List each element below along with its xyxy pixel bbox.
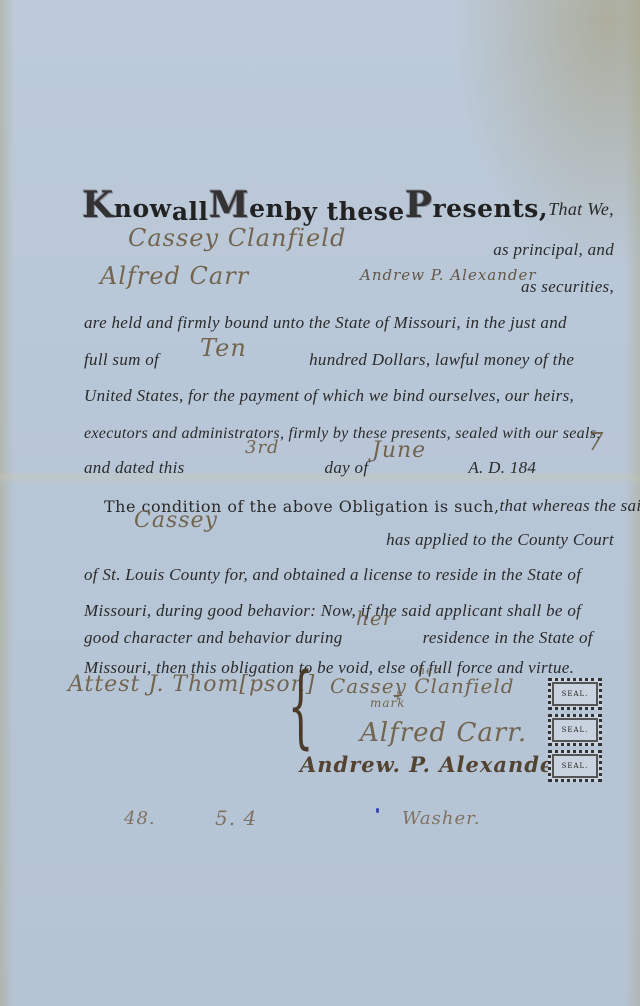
heading-line: Know all Men by these Presents, That We, — [82, 180, 614, 226]
line-bound: are held and firmly bound unto the State… — [84, 303, 614, 333]
line-missouri-behavior: Missouri, during good behavior: Now, if … — [84, 591, 614, 621]
heading-that-we: That We, — [548, 199, 614, 226]
line-st-louis: of St. Louis County for, and obtained a … — [84, 555, 614, 585]
line-united-states: United States, for the payment of which … — [84, 376, 614, 406]
notation-48: 48. — [124, 808, 156, 829]
line-securities: as securities, — [84, 267, 614, 297]
heading-presents: Presents, — [405, 184, 548, 226]
line-principal: as principal, and — [84, 230, 614, 260]
line-sum: full sum of hundred Dollars, lawful mone… — [84, 340, 614, 370]
notation-washer: Washer. — [402, 808, 481, 829]
heading-know: Know — [82, 184, 172, 226]
line-executors: executors and administrators, firmly by … — [84, 413, 614, 443]
heading-men: Men — [209, 184, 284, 226]
signature-alfred-carr: Alfred Carr. — [360, 718, 527, 748]
signature-andrew-alexander: Andrew. P. Alexander — [300, 752, 566, 777]
heading-all: all — [172, 197, 209, 226]
mark-label-mark: mark — [370, 696, 406, 710]
ink-dot — [376, 808, 379, 813]
line-applied: has applied to the County Court — [84, 520, 614, 550]
seal-2: SEAL. — [548, 714, 602, 746]
seal-3: SEAL. — [548, 750, 602, 782]
signature-principal: Cassey Clanfield — [330, 674, 515, 698]
line-dated: and dated this day of A. D. 184 — [84, 448, 614, 478]
line-good-character: good character and behavior during resid… — [84, 618, 614, 648]
notation-5-4: 5. 4 — [215, 806, 257, 830]
heading-by-these: by these — [284, 197, 404, 226]
seal-1: SEAL. — [548, 678, 602, 710]
attest-signature: Attest J. Thom[pson] — [68, 672, 315, 697]
signature-brace: { — [288, 662, 314, 752]
